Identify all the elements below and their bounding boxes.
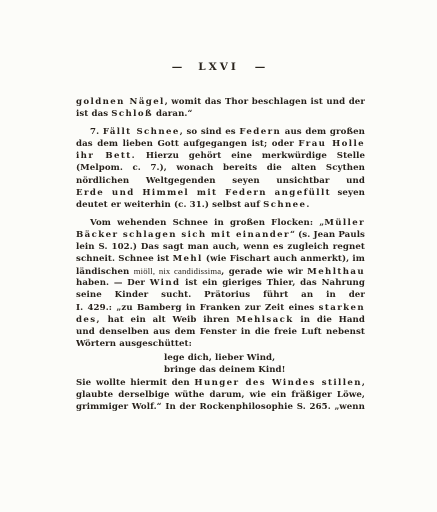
text-segment: ist das <box>76 109 111 119</box>
text-segment: , gerade wie wir <box>221 267 307 277</box>
text-segment: Sie wollte hiermit den <box>76 378 194 388</box>
text-line: Sie wollte hiermit den Hunger des Windes… <box>76 377 365 389</box>
text-line: lein S. 102.) Das sagt man auch, wenn es… <box>76 241 365 253</box>
verse-line: bringe das deinem Kind! <box>76 364 365 377</box>
text-segment: ländischen <box>76 267 134 277</box>
text-line: grimmiger Wolf.“ In der Rockenphilosophi… <box>76 401 365 413</box>
text-line: goldnen Nägel, womit das Thor beschlagen… <box>76 96 365 108</box>
text-segment: daran.“ <box>153 109 193 119</box>
header-dash-right: — <box>255 61 266 73</box>
text-line: Bäcker schlagen sich mit einander“ (s. J… <box>76 229 365 241</box>
text-line: Erde und Himmel mit Federn angefüllt sey… <box>76 187 365 199</box>
text-line: ihr Bett. Hierzu gehört eine merkwürdige… <box>76 150 365 162</box>
emphasized-text: Mehlthau <box>307 267 365 277</box>
text-segment: lein S. 102.) Das sagt man auch, wenn es… <box>76 242 365 253</box>
text-line: Wörtern ausgeschüttet: <box>76 338 365 350</box>
text-segment: schneit. Schnee ist <box>76 254 173 264</box>
text-segment: grimmiger Wolf.“ In der Rockenphilosophi… <box>76 402 365 413</box>
text-segment: das dem lieben Gott aufgegangen ist; ode… <box>76 139 298 149</box>
emphasized-text: Bäcker schlagen sich mit einander <box>76 230 290 240</box>
text-segment: 7. <box>90 127 103 137</box>
text-segment: bringe das deinem Kind! <box>164 365 286 375</box>
text-block: goldnen Nägel, womit das Thor beschlagen… <box>76 96 365 413</box>
text-segment: und denselben aus dem Fenster in die fre… <box>76 327 365 338</box>
antiqua-text: miöll, nix candidissima <box>134 266 222 276</box>
text-segment: glaubte derselbige wüthe darum, wie ein … <box>76 390 365 401</box>
text-segment: I. 429.: „zu Bamberg in Franken zur Zeit… <box>76 303 319 313</box>
text-line: deutet er weiterhin (c. 31.) selbst auf … <box>76 199 365 211</box>
text-line: nördlichen Weltgegenden seyen unsichtbar… <box>76 175 365 187</box>
text-line: das dem lieben Gott aufgegangen ist; ode… <box>76 138 365 150</box>
emphasized-text: Mehl <box>173 254 203 264</box>
text-line: glaubte derselbige wüthe darum, wie ein … <box>76 389 365 401</box>
text-line: (Melpom. c. 7.), wonach bereits die alte… <box>76 162 365 174</box>
page-header: —LXVI— <box>0 61 437 73</box>
text-segment: , so sind es <box>180 127 240 137</box>
emphasized-text: Erde und Himmel mit Federn angefüllt <box>76 188 331 198</box>
text-segment: seine Kinder sucht. Prätorius führt an i… <box>76 290 365 301</box>
text-segment: . <box>306 200 309 210</box>
text-line: 7. Fällt Schnee, so sind es Federn aus d… <box>76 126 365 138</box>
text-line: ländischen miöll, nix candidissima, gera… <box>76 265 365 277</box>
text-line: haben. — Der Wind ist ein gieriges Thier… <box>76 277 365 289</box>
text-segment: (Melpom. c. 7.), wonach bereits die alte… <box>76 163 365 174</box>
emphasized-text: Federn <box>239 127 281 137</box>
text-line: seine Kinder sucht. Prätorius führt an i… <box>76 289 365 301</box>
verse-line: lege dich, lieber Wind, <box>76 352 365 365</box>
page-number: LXVI <box>198 61 239 73</box>
emphasized-text: Schloß <box>111 109 153 119</box>
text-segment: hat ein alt Weib ihren <box>101 315 236 325</box>
text-line: Vom wehenden Schnee in großen Flocken: „… <box>76 217 365 229</box>
emphasized-text: Schnee <box>263 200 306 210</box>
text-line: I. 429.: „zu Bamberg in Franken zur Zeit… <box>76 302 365 314</box>
emphasized-text: Wind <box>150 278 181 288</box>
text-line: des, hat ein alt Weib ihren Mehlsack in … <box>76 314 365 326</box>
text-line: schneit. Schnee ist Mehl (wie Fischart a… <box>76 253 365 265</box>
book-page: —LXVI— goldnen Nägel, womit das Thor bes… <box>0 0 437 512</box>
emphasized-text: des, <box>76 315 101 325</box>
emphasized-text: Fällt Schnee <box>103 127 180 137</box>
emphasized-text: goldnen Nägel <box>76 97 165 107</box>
text-segment: haben. — Der <box>76 278 150 288</box>
emphasized-text: Mehlsack <box>236 315 293 325</box>
emphasized-text: ihr Bett. <box>76 151 136 161</box>
text-segment: deutet er weiterhin (c. 31.) selbst auf <box>76 200 263 210</box>
text-segment: nördlichen Weltgegenden seyen unsichtbar… <box>76 176 365 187</box>
text-line: und denselben aus dem Fenster in die fre… <box>76 326 365 338</box>
text-segment: lege dich, lieber Wind, <box>164 353 275 363</box>
text-line: ist das Schloß daran.“ <box>76 108 365 120</box>
text-segment: Vom wehenden Schnee in großen Flocken: „ <box>90 218 324 228</box>
header-dash-left: — <box>172 61 183 73</box>
emphasized-text: Hunger des Windes stillen <box>194 378 361 388</box>
text-segment: Wörtern ausgeschüttet: <box>76 339 192 349</box>
